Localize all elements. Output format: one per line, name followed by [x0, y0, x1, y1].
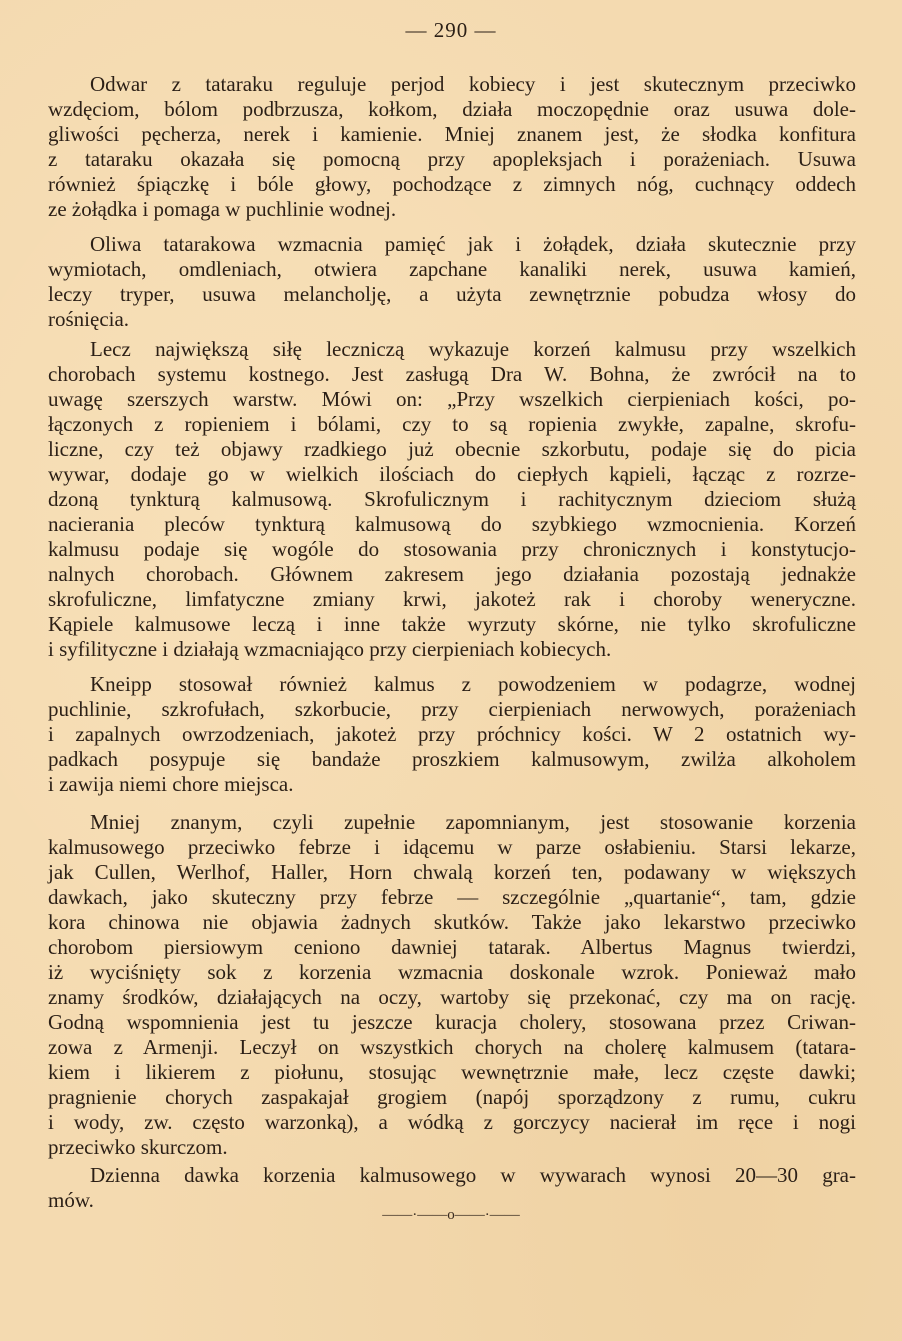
text-line: Oliwa tatarakowa wzmacnia pamięć jak i ż… [48, 232, 856, 257]
paragraph: Oliwa tatarakowa wzmacnia pamięć jak i ż… [48, 232, 856, 332]
paragraph: Kneipp stosował również kalmus z powodze… [48, 672, 856, 797]
text-line: pragnienie chorych zaspakajał grogiem (n… [48, 1085, 856, 1110]
text-line: kalmusu podaje się wogóle do stosowania … [48, 537, 856, 562]
text-line: leczy tryper, usuwa melancholję, a użyta… [48, 282, 856, 307]
text-line: Dzienna dawka korzenia kalmusowego w wyw… [48, 1163, 856, 1188]
text-line: również śpiączkę i bóle głowy, pochodząc… [48, 172, 856, 197]
text-line: skrofuliczne, limfatyczne zmiany krwi, j… [48, 587, 856, 612]
text-line: ze żołądka i pomaga w puchlinie wodnej. [48, 197, 856, 222]
text-line: wywar, dodaje go w wielkich ilościach do… [48, 462, 856, 487]
text-line: i syfilityczne i działają wzmacniająco p… [48, 637, 856, 662]
text-line: Odwar z tataraku reguluje perjod kobiecy… [48, 72, 856, 97]
text-line: znamy środków, działających na oczy, war… [48, 985, 856, 1010]
text-line: dawkach, jako skuteczny przy febrze — sz… [48, 885, 856, 910]
text-line: iż wyciśnięty sok z korzenia wzmacnia do… [48, 960, 856, 985]
text-line: jak Cullen, Werlhof, Haller, Horn chwalą… [48, 860, 856, 885]
text-line: Kneipp stosował również kalmus z powodze… [48, 672, 856, 697]
text-line: kora chinowa nie objawia żadnych skutków… [48, 910, 856, 935]
text-line: puchlinie, szkrofułach, szkorbucie, przy… [48, 697, 856, 722]
text-line: Godną wspomnienia jest tu jeszcze kuracj… [48, 1010, 856, 1035]
text-line: chorobom piersiowym ceniono dawniej tata… [48, 935, 856, 960]
text-line: i zawija niemi chore miejsca. [48, 772, 856, 797]
text-line: przeciwko skurczom. [48, 1135, 856, 1160]
paragraph: Mniej znanym, czyli zupełnie zapomnianym… [48, 810, 856, 1160]
section-divider: ——·——o——·—— [0, 1207, 902, 1224]
page-number: — 290 — [0, 18, 902, 43]
text-line: nalnych chorobach. Głównem zakresem jego… [48, 562, 856, 587]
text-line: kiem i likierem z piołunu, stosując wewn… [48, 1060, 856, 1085]
text-line: z tataraku okazała się pomocną przy apop… [48, 147, 856, 172]
text-line: zowa z Armenji. Leczył on wszystkich cho… [48, 1035, 856, 1060]
text-line: dzoną tynkturą kalmusową. Skrofulicznym … [48, 487, 856, 512]
text-line: Kąpiele kalmusowe leczą i inne także wyr… [48, 612, 856, 637]
paragraph: Lecz największą siłę leczniczą wykazuje … [48, 337, 856, 662]
text-line: i zapalnych owrzodzeniach, jakoteż przy … [48, 722, 856, 747]
text-line: wzdęciom, bólom podbrzusza, kołkom, dzia… [48, 97, 856, 122]
text-line: Lecz największą siłę leczniczą wykazuje … [48, 337, 856, 362]
text-line: uwagę szerszych warstw. Mówi on: „Przy w… [48, 387, 856, 412]
text-line: wymiotach, omdleniach, otwiera zapchane … [48, 257, 856, 282]
text-line: i wody, zw. często warzonką), a wódką z … [48, 1110, 856, 1135]
text-line: rośnięcia. [48, 307, 856, 332]
text-line: nacierania pleców tynkturą kalmusową do … [48, 512, 856, 537]
text-line: liczne, czy też objawy rzadkiego już obe… [48, 437, 856, 462]
paragraph: Odwar z tataraku reguluje perjod kobiecy… [48, 72, 856, 222]
text-line: padkach posypuje się bandaże proszkiem k… [48, 747, 856, 772]
paragraph: Dzienna dawka korzenia kalmusowego w wyw… [48, 1163, 856, 1213]
text-line: gliwości pęcherza, nerek i kamienie. Mni… [48, 122, 856, 147]
text-line: łączonych z ropieniem i bólami, czy to s… [48, 412, 856, 437]
text-line: Mniej znanym, czyli zupełnie zapomnianym… [48, 810, 856, 835]
text-line: kalmusowego przeciwko febrze i idącemu w… [48, 835, 856, 860]
text-line: chorobach systemu kostnego. Jest zasługą… [48, 362, 856, 387]
